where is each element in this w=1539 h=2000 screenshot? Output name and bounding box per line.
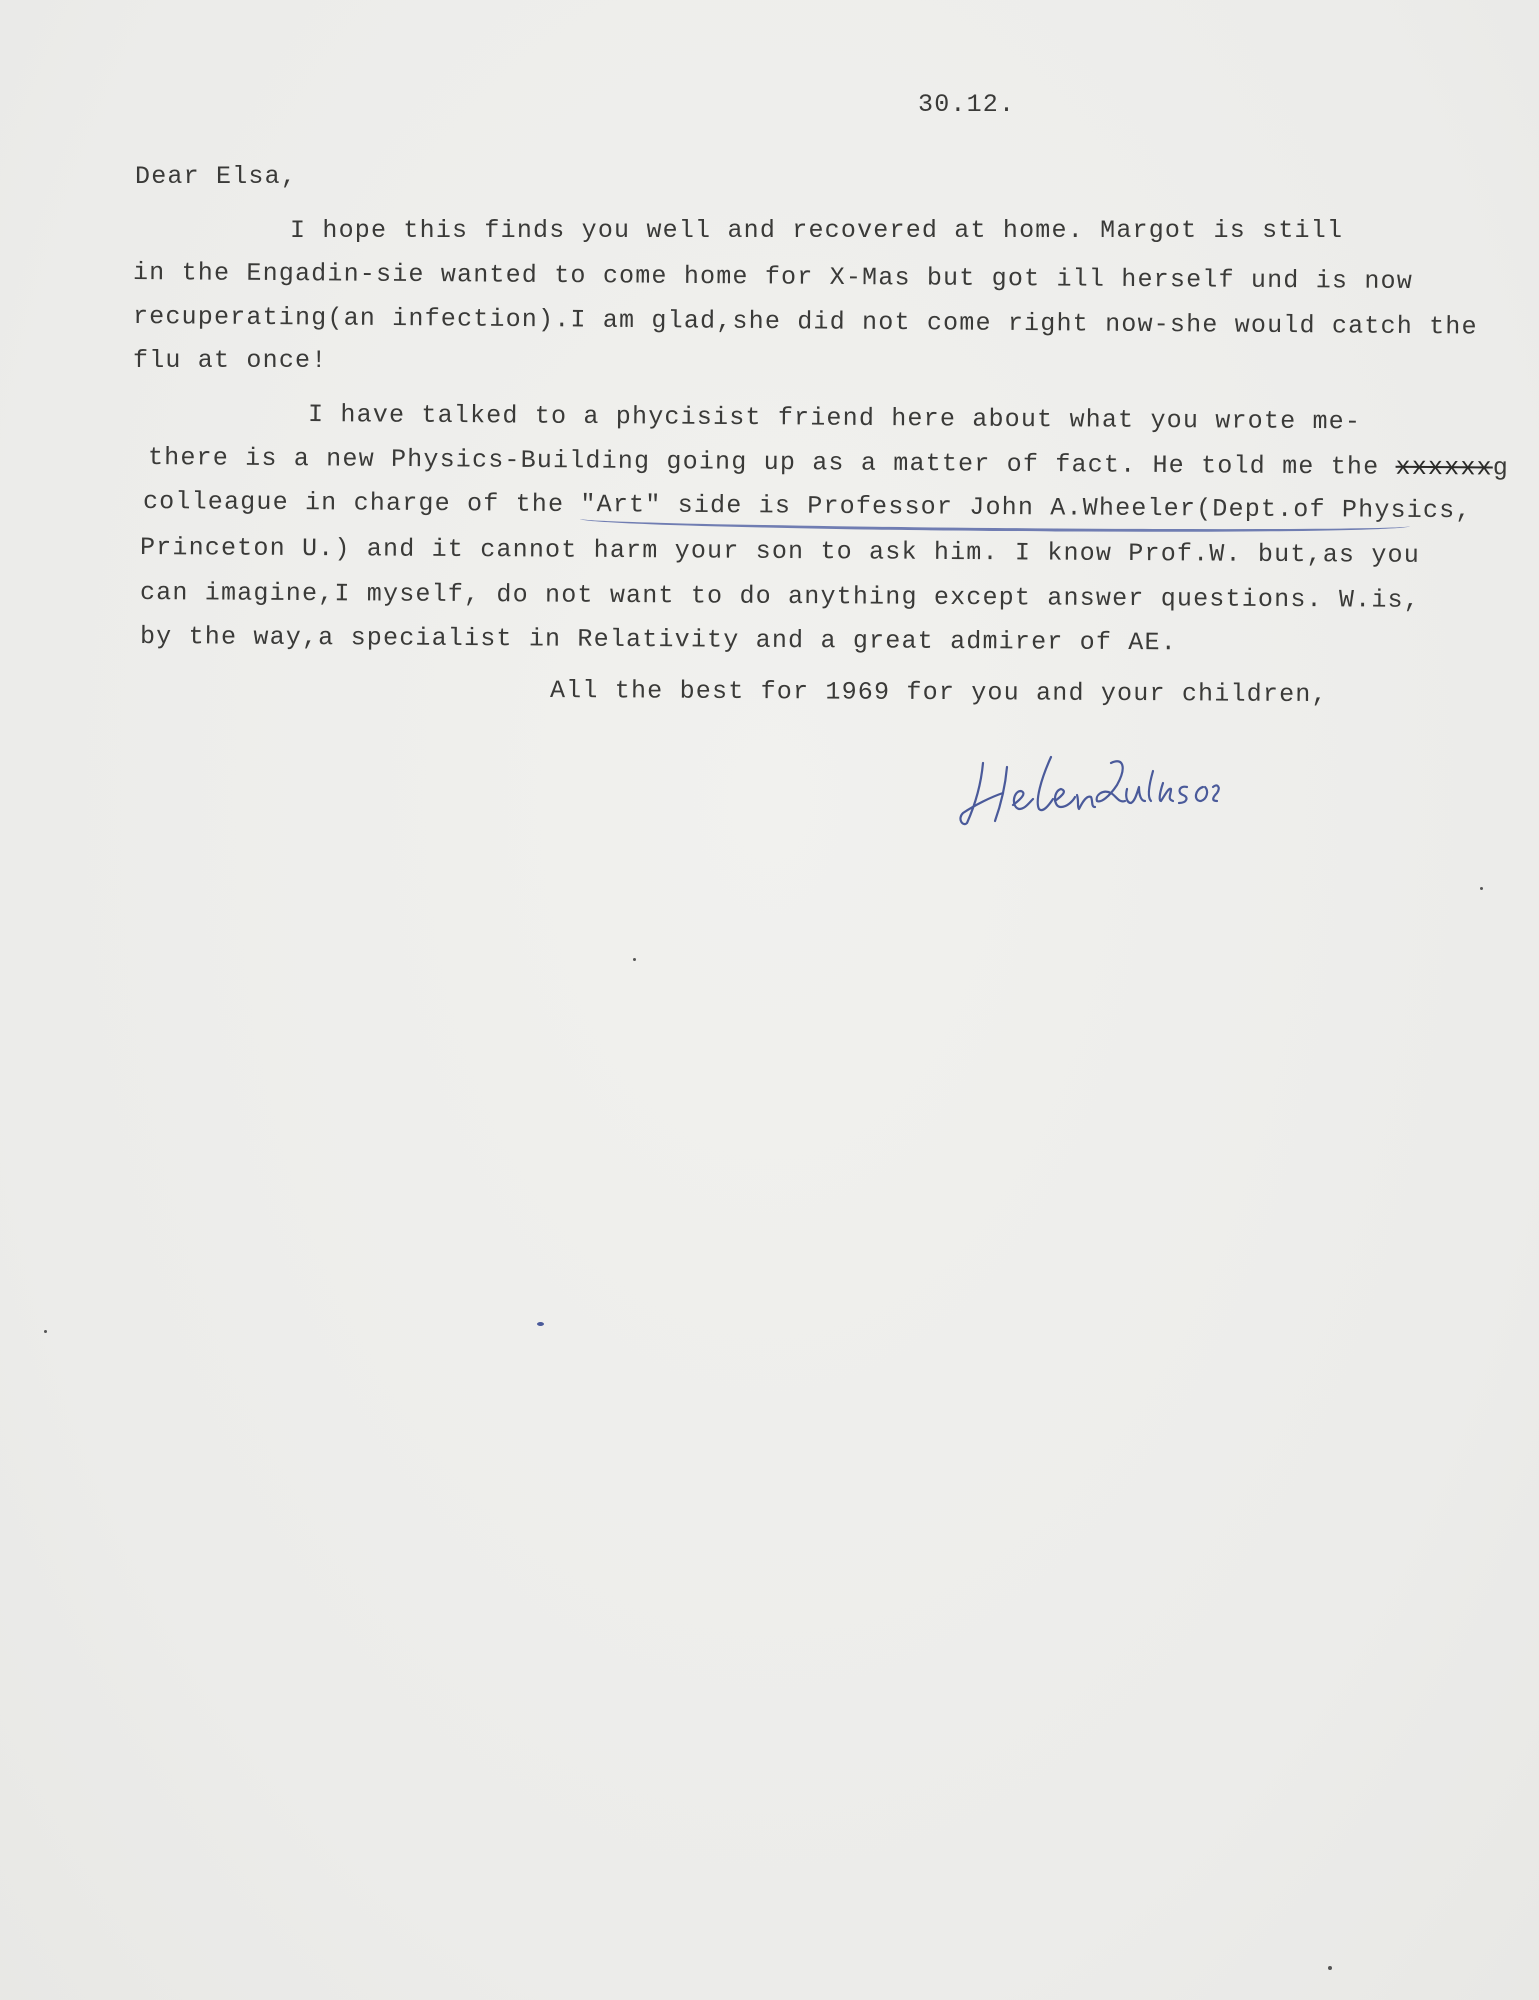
paragraph-2-line-1: I have talked to a phycisist friend here… <box>308 400 1361 437</box>
paragraph-2-line-2: there is a new Physics-Building going up… <box>148 443 1509 484</box>
dust-speck <box>1480 887 1483 890</box>
dust-speck <box>1328 1966 1332 1970</box>
dust-speck <box>44 1330 47 1333</box>
ink-speck <box>537 1322 544 1326</box>
paragraph-2-line-4: Princeton U.) and it cannot harm your so… <box>140 533 1420 571</box>
handwritten-signature <box>955 745 1235 835</box>
paragraph-2-line-6: by the way,a specialist in Relativity an… <box>140 622 1177 658</box>
paragraph-1-line-1: I hope this finds you well and recovered… <box>290 216 1343 246</box>
line-2-text: there is a new Physics-Building going up… <box>148 443 1396 482</box>
struck-out-word: xxxxxx <box>1395 453 1492 483</box>
paragraph-2-line-5: can imagine,I myself, do not want to do … <box>140 578 1420 616</box>
salutation: Dear Elsa, <box>135 162 297 192</box>
line-2-tail: g <box>1493 454 1509 483</box>
closing: All the best for 1969 for you and your c… <box>550 676 1328 710</box>
letter-page: 30.12. Dear Elsa, I hope this finds you … <box>0 0 1539 2000</box>
paragraph-1-line-4: flu at once! <box>133 346 327 376</box>
paragraph-1-line-3: recuperating(an infection).I am glad,she… <box>133 302 1478 343</box>
letter-date: 30.12. <box>918 90 1015 120</box>
dust-speck <box>633 958 636 961</box>
paragraph-1-line-2: in the Engadin-sie wanted to come home f… <box>133 258 1413 297</box>
